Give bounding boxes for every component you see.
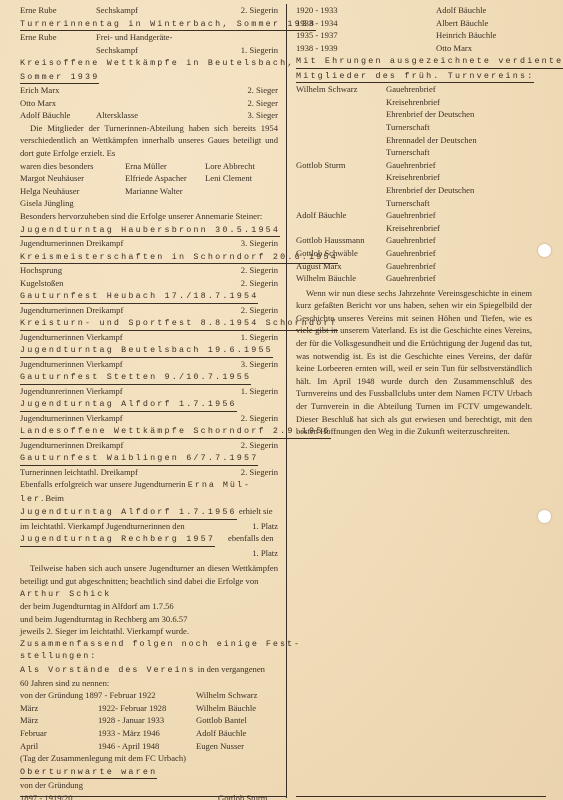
mueller-intro: Ebenfalls erfolgreich war unsere Jugendt… [20,478,278,492]
result-row: Jugendturnerinnen Dreikampf2. Siegerin [20,304,278,317]
honor-row: Ehrennadel der Deutschen [296,134,544,147]
section-heading: Mit Ehrungen ausgezeichnete verdiente [296,55,563,68]
list-item: April1946 - April 1948Eugen Nusser [20,740,278,753]
closing-paragraph: Wenn wir nun diese sechs Jahrzehnte Vere… [296,287,532,438]
honor-row: Kreisehrenbrief [296,96,544,109]
honor-row: Gottlob SturmGauehrenbrief [296,159,544,172]
section-heading: Gauturnfest Stetten 9./10.7.1955 [20,371,251,384]
list-item: Februar1933 - März 1946Adolf Bäuchle [20,727,278,740]
athlete-name: Arthur Schick [20,588,278,601]
honor-row: Kreisehrenbrief [296,171,544,184]
result-row: Jugendturnerinnen Vierkampf2. Siegerin [20,412,278,425]
list-item: von der Gründung 1897 - Februar 1922Wilh… [20,689,278,702]
honor-row: Turnerschaft [296,121,544,134]
member-row: Gisela Jüngling [20,197,278,210]
section-heading: Gauturnfest Heubach 17./18.7.1954 [20,290,258,303]
honor-row: Gottlob HaussmannGauehrenbrief [296,234,544,247]
section-heading: Jugendturntag Beutelsbach 19.6.1955 [20,344,273,357]
punch-hole-icon [538,510,551,523]
left-column: Erne Rube Sechskampf 2. Siegerin Turneri… [20,4,278,800]
list-item: 1938 - 1939Otto Marx [296,42,544,55]
result-row: Otto Marx2. Sieger [20,97,278,110]
result-row: Erich Marx2. Sieger [20,84,278,97]
bottom-rule-right [296,796,546,797]
section-heading: Jugendturntag Haubersbronn 30.5.1954 [20,224,280,237]
result-row: Erne Rube Sechskampf 2. Siegerin [20,4,278,17]
highlight-paragraph: Besonders hervorzuheben sind die Erfolge… [20,210,278,223]
section-heading: Sommer 1939 [20,71,99,84]
result-row: Jugendturnerinnen Dreikampf2. Siegerin [20,439,278,452]
result-row: Jugendturnerinnen Vierkampf1. Siegerin [20,331,278,344]
list-item: März1928 - Januar 1933Gottlob Bantel [20,714,278,727]
column-divider [286,4,287,798]
section-heading: Jugendturntag Alfdorf 1.7.1956 [20,398,237,411]
member-row: waren dies besondersErna MüllerLore Abbr… [20,160,278,173]
result-row: Adolf BäuchleAltersklasse3. Sieger [20,109,278,122]
honor-row: Wilhelm BäuchleGauehrenbrief [296,272,544,285]
section-heading: Kreisturn- und Sportfest 8.8.1954 Schorn… [20,317,338,330]
result-row: Turnerinnen leichtathl. Dreikampf2. Sieg… [20,466,278,479]
result-row: Jugendtunrerinnen Vierkampf1. Siegerin [20,385,278,398]
result-row: Hochsprung2. Siegerin [20,264,278,277]
honor-row: Turnerschaft [296,197,544,210]
result-row: Jugendturnerinnen Vierkampf3. Siegerin [20,358,278,371]
section-heading: Oberturnwarte waren [20,766,157,779]
section-heading: Turnerinnentag in Winterbach, Sommer 193… [20,18,316,31]
result-row: Jugendturnerinnen Dreikampf3. Siegerin [20,237,278,250]
merger-note: (Tag der Zusammenlegung mit dem FC Urbac… [20,752,278,765]
list-item: 1897 - 1919/20 Gottlob Sturm [20,792,278,800]
result-row: Sechskampf 1. Siegerin [20,44,278,57]
section-heading: Landesoffene Wettkämpfe Schorndorf 2.9.1… [20,425,331,438]
honor-row: Wilhelm SchwarzGauehrenbrief [296,83,544,96]
section-heading: Jugendturntag Rechberg 1957 [20,533,215,546]
list-item: März1922- Februar 1928Wilhelm Bäuchle [20,702,278,715]
list-item: 1933 - 1934Albert Bäuchle [296,17,544,30]
section-heading: Kreisoffene Wettkämpfe in Beutelsbach, [20,57,295,69]
member-row: Margot NeuhäuserElfriede AspacherLeni Cl… [20,172,278,185]
honor-row: August MarxGauehrenbrief [296,260,544,273]
list-item: 1935 - 1937Heinrich Bäuchle [296,29,544,42]
honor-row: Turnerschaft [296,146,544,159]
boys-paragraph: Teilweise haben sich auch unsere Jugendt… [20,562,278,587]
members-paragraph: Die Mitglieder der Turnerinnen-Abteilung… [20,122,278,160]
section-heading: Kreismeisterschaften in Schorndorf 20.6.… [20,251,338,264]
section-heading: Gauturnfest Waiblingen 6/7.7.1957 [20,452,258,465]
section-heading: Mitglieder des früh. Turnvereins: [296,70,534,83]
honor-row: Adolf BäuchleGauehrenbrief [296,209,544,222]
honor-row: Ehrenbrief der Deutschen [296,184,544,197]
honor-row: Gottlob SchwäbleGauehrenbrief [296,247,544,260]
right-column: 1920 - 1933Adolf Bäuchle1933 - 1934Alber… [296,4,544,438]
honor-row: Ehrenbrief der Deutschen [296,108,544,121]
section-heading: Jugendturntag Alfdorf 1.7.1956 [20,506,237,519]
honor-row: Kreisehrenbrief [296,222,544,235]
member-row: Helga NeuhäuserMarianne Walter [20,185,278,198]
result-row: Kugelstoßen2. Siegerin [20,277,278,290]
list-item: 1920 - 1933Adolf Bäuchle [296,4,544,17]
result-row: Erne Rube Frei- und Handgeräte- [20,31,278,44]
